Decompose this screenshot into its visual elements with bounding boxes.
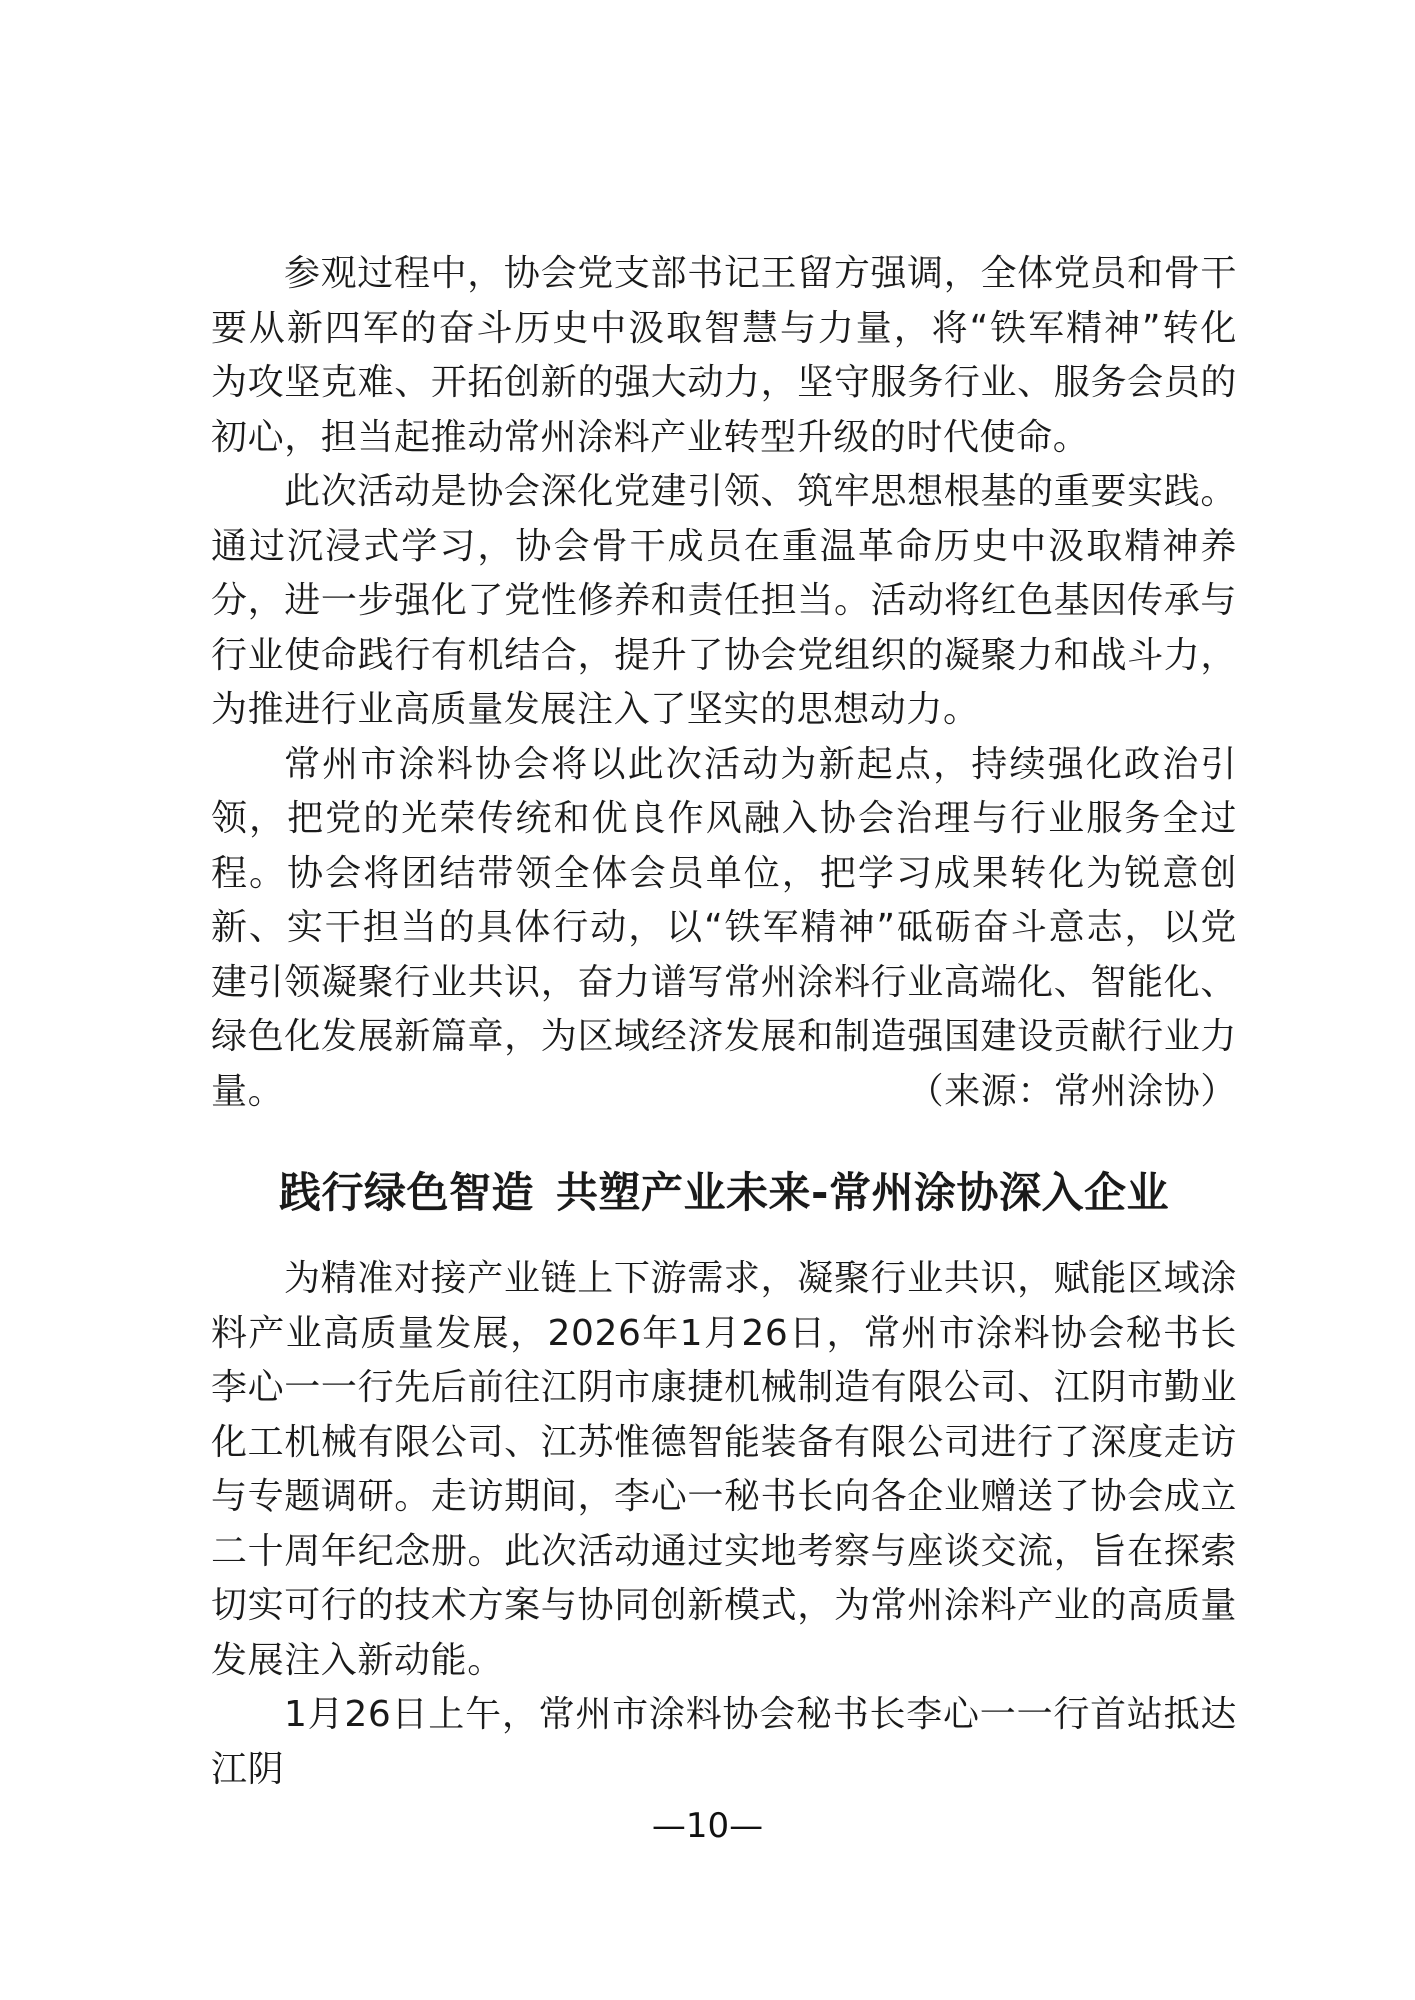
paragraph-text: 常州市涂料协会将以此次活动为新起点，持续强化政治引领，把党的光荣传统和优良作风融… [211, 744, 1237, 1112]
source-attribution: （来源：常州涂协） [908, 1065, 1237, 1120]
paragraph: 参观过程中，协会党支部书记王留方强调，全体党员和骨干要从新四军的奋斗历史中汲取智… [211, 247, 1237, 465]
paragraph: 为精准对接产业链上下游需求，凝聚行业共识，赋能区域涂料产业高质量发展，2026年… [211, 1252, 1237, 1688]
paragraph: 此次活动是协会深化党建引领、筑牢思想根基的重要实践。通过沉浸式学习，协会骨干成员… [211, 465, 1237, 738]
paragraph: 1月26日上午，常州市涂料协会秘书长李心一一行首站抵达江阴 [211, 1688, 1237, 1797]
title-part-2: 共塑产业未来-常州涂协深入企业 [556, 1168, 1169, 1217]
paragraph: 常州市涂料协会将以此次活动为新起点，持续强化政治引领，把党的光荣传统和优良作风融… [211, 738, 1237, 1120]
page-number: —10— [0, 1806, 1415, 1846]
article-1-body: 参观过程中，协会党支部书记王留方强调，全体党员和骨干要从新四军的奋斗历史中汲取智… [211, 247, 1237, 1119]
title-part-1: 践行绿色智造 [279, 1168, 534, 1217]
article-2-title: 践行绿色智造共塑产业未来-常州涂协深入企业 [211, 1166, 1237, 1220]
article-2-body: 为精准对接产业链上下游需求，凝聚行业共识，赋能区域涂料产业高质量发展，2026年… [211, 1252, 1237, 1797]
